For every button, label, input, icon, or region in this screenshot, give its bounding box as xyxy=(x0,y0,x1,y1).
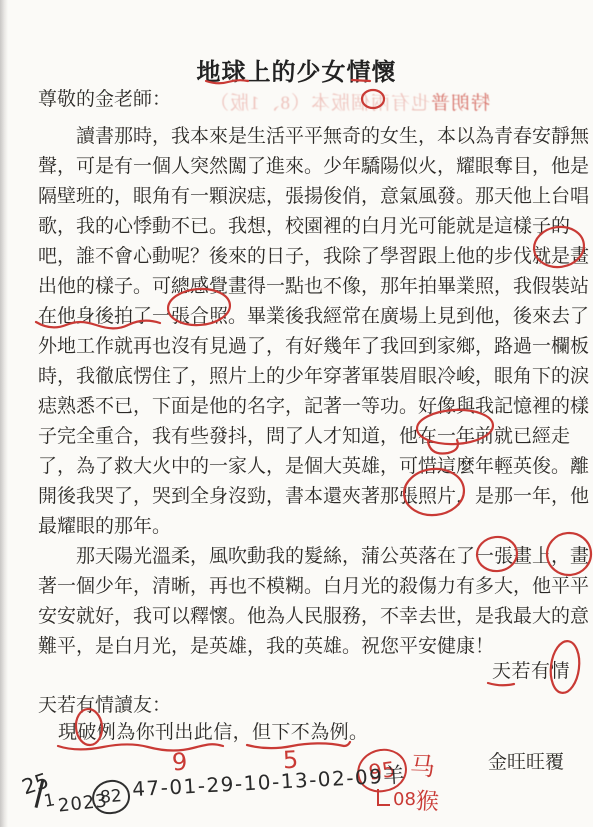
body-line: 最耀眼的那年。 xyxy=(38,512,562,542)
body-line: 難平，是白月光，是英雄，我的英雄。祝您平安健康！ xyxy=(38,632,562,662)
letter-title: 地球上的少女情懷 xyxy=(0,52,593,87)
red-corner-mark xyxy=(377,789,390,806)
number-sequence-text: 47-01-29-10-13-02-09 xyxy=(132,764,384,801)
body-line: 安安就好，我可以釋懷。他為人民服務，不幸去世，是我最大的意 xyxy=(38,602,562,632)
body-line: 聲，可是有一個人突然闖了進來。少年驕陽似火，耀眼奪目，他是 xyxy=(38,152,562,182)
handwritten-date-month: 1 xyxy=(42,790,56,812)
body-line: 讀書那時，我本來是生活平平無奇的女生，本以為青春安靜無 xyxy=(38,122,562,152)
bleed-through-dark-part: 特朗普 xyxy=(430,93,490,114)
bleed-through-mirrored-text: 特朗普也有兩個版本（8、1版） xyxy=(158,88,490,112)
black-circled-number-82: 82 xyxy=(91,778,132,815)
red-underline-tian xyxy=(488,683,514,685)
red-zodiac-monkey: 猴 xyxy=(415,782,440,816)
body-line: 時，我徹底愣住了，照片上的少年穿著軍裝眉眼冷峻，眼角下的淚 xyxy=(38,362,562,392)
scan-left-edge xyxy=(0,0,8,827)
reply-signature: 金旺旺覆 xyxy=(488,747,564,774)
letter-body: 讀書那時，我本來是生活平平無奇的女生，本以為青春安靜無 聲，可是有一個人突然闖了… xyxy=(38,122,562,662)
body-line: 歌，我的心悸動不已。我想，校園裡的白月光可能就是這樣子的 xyxy=(38,212,562,242)
reply-salutation: 天若有情讀友： xyxy=(38,690,171,717)
reply-body: 現破例為你刊出此信，但下不為例。 xyxy=(58,717,368,744)
writer-signature: 天若有情 xyxy=(492,656,570,683)
body-line: 了，為了救大火中的一家人，是個大英雄，可惜這麼年輕英俊。離 xyxy=(38,452,562,482)
body-line: 那天陽光溫柔，風吹動我的髮絲，蒲公英落在了一張畫上，畫 xyxy=(38,542,562,572)
sequence-suffix-goat: 羊 xyxy=(383,763,407,788)
body-line: 在他身後拍了一張合照。畢業後我經常在廣場上見到他，後來去了 xyxy=(38,302,562,332)
red-code-08: 08 xyxy=(393,789,416,810)
red-zodiac-horse: 马 xyxy=(409,747,435,784)
letter-salutation: 尊敬的金老師： xyxy=(38,84,171,111)
body-line: 子完全重合，我有些發抖，問了人才知道，他在一年前就已經走 xyxy=(38,422,562,452)
body-line: 吧，誰不會心動呢？後來的日子，我除了學習跟上他的步伐就是畫 xyxy=(38,242,562,272)
body-line: 開後我哭了，哭到全身沒勁，書本還夾著那張照片，是那一年，他 xyxy=(38,482,562,512)
body-line: 出他的樣子。可總感覺畫得一點也不像，那年拍畢業照，我假裝站 xyxy=(38,272,562,302)
body-line: 隔壁班的，眼角有一顆淚痣，張揚俊俏，意氣風發。那天他上台唱 xyxy=(38,182,562,212)
body-line: 外地工作就再也沒有見過了，有好幾年了我回到家鄉，路過一欄板 xyxy=(38,332,562,362)
body-line: 痣熟悉不已，下面是他的名字，記著一等功。好像與我記憶裡的樣 xyxy=(38,392,562,422)
body-line: 著一個少年，清晰，再也不模糊。白月光的殺傷力有多大，他平平 xyxy=(38,572,562,602)
bleed-through-light-part: 也有兩個版本（8、1版） xyxy=(209,93,430,114)
circled-82-text: 82 xyxy=(99,786,122,808)
red-underline-reply-first xyxy=(58,744,223,750)
